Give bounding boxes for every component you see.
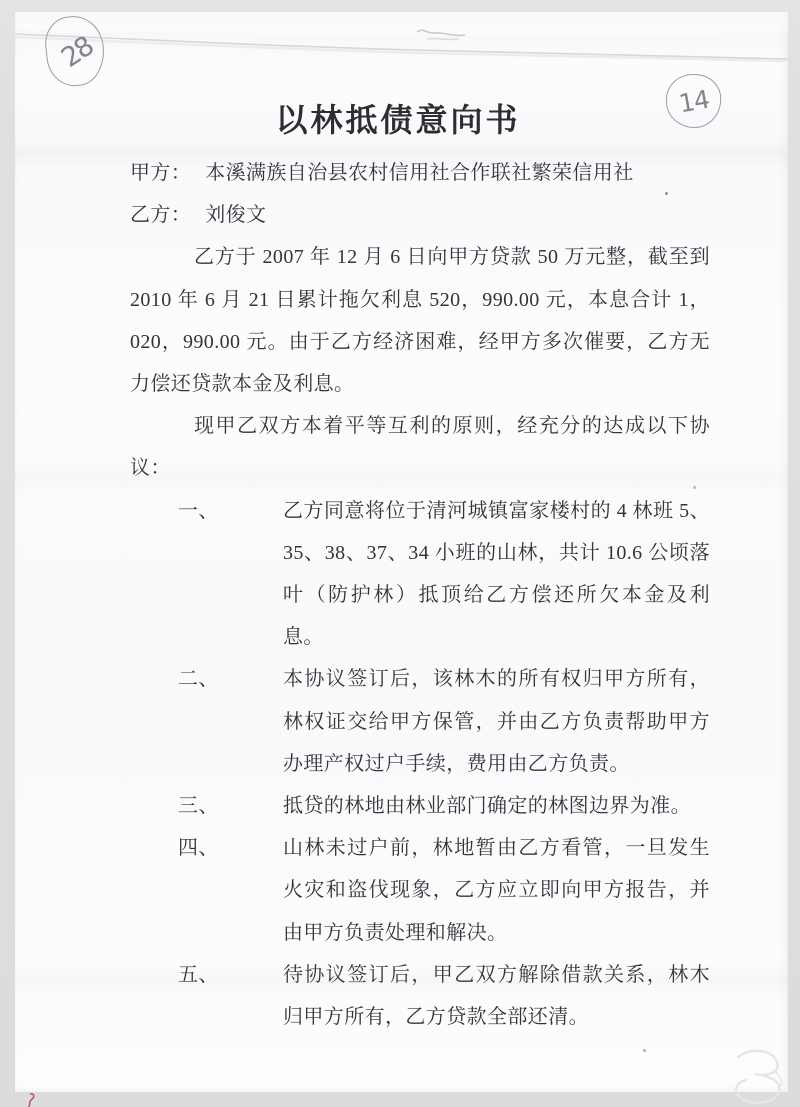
scanned-document-page: 28 14 以林抵债意向书 甲方：本溪满族自治县农村信用社合作联社繁荣信用社 乙… (15, 12, 788, 1092)
item-text: 山林未过户前，林地暂由乙方看管，一旦发生火灾和盗伐现象，乙方应立即向甲方报告，并… (283, 827, 710, 954)
item-text: 待协议签订后，甲乙双方解除借款关系，林木归甲方所有，乙方贷款全部还清。 (283, 954, 710, 1038)
handwritten-number: 28 (56, 31, 99, 74)
intro-paragraph: 乙方于 2007 年 12 月 6 日向甲方贷款 50 万元整，截至到 2010… (130, 236, 710, 405)
party-b-label: 乙方： (130, 204, 191, 226)
item-number: 五、 (130, 954, 283, 996)
agreement-lead-paragraph: 现甲乙双方本着平等互利的原则，经充分的达成以下协议： (130, 405, 710, 489)
party-a-name: 本溪满族自治县农村信用社合作联社繁荣信用社 (205, 162, 633, 184)
item-number: 一、 (130, 490, 283, 532)
item-number: 四、 (130, 827, 283, 869)
ink-speck (643, 1049, 646, 1052)
party-a-label: 甲方： (130, 162, 191, 184)
item-number: 二、 (130, 658, 283, 700)
party-a-line: 甲方：本溪满族自治县农村信用社合作联社繁荣信用社 (130, 152, 710, 194)
agreement-item-1: 一、 乙方同意将位于清河城镇富家楼村的 4 林班 5、35、38、37、34 小… (130, 490, 710, 659)
document-body: 甲方：本溪满族自治县农村信用社合作联社繁荣信用社 乙方：刘俊文 乙方于 2007… (130, 152, 710, 1038)
item-text: 抵贷的林地由林业部门确定的林图边界为准。 (283, 785, 710, 827)
red-ink-mark-bottom-left (26, 1092, 38, 1107)
item-number: 三、 (130, 785, 283, 827)
faint-pencil-scribble-bottom-right (707, 1044, 791, 1107)
ink-speck (693, 486, 696, 489)
party-b-line: 乙方：刘俊文 (130, 194, 710, 236)
agreement-item-5: 五、 待协议签订后，甲乙双方解除借款关系，林木归甲方所有，乙方贷款全部还清。 (130, 954, 710, 1038)
document-title: 以林抵债意向书 (108, 12, 688, 140)
agreement-item-3: 三、 抵贷的林地由林业部门确定的林图边界为准。 (130, 785, 710, 827)
agreement-item-2: 二、 本协议签订后，该林木的所有权归甲方所有，林权证交给甲方保管，并由乙方负责帮… (130, 658, 710, 785)
item-text: 本协议签订后，该林木的所有权归甲方所有，林权证交给甲方保管，并由乙方负责帮助甲方… (283, 658, 710, 785)
ink-speck (665, 192, 668, 195)
item-text: 乙方同意将位于清河城镇富家楼村的 4 林班 5、35、38、37、34 小班的山… (283, 490, 710, 659)
party-b-name: 刘俊文 (205, 204, 266, 226)
agreement-item-4: 四、 山林未过户前，林地暂由乙方看管，一旦发生火灾和盗伐现象，乙方应立即向甲方报… (130, 827, 710, 954)
